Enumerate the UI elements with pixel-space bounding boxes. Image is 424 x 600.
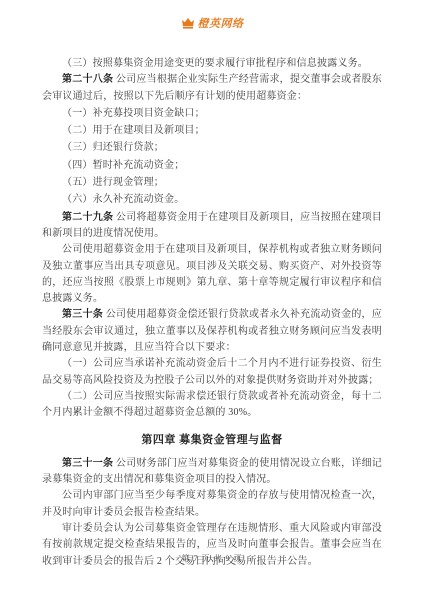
paragraph: （三）按照募集资金用途变更的要求履行审批程序和信息披露义务。 (42, 56, 382, 72)
page-footer: 第 7 页 共 9 页 (0, 553, 424, 564)
paragraph: （二）公司应当按照实际需求偿还银行贷款或者补充流动资金，每十二个月内累计金额不得… (42, 389, 382, 422)
chapter-heading: 第四章 募集资金管理与监督 (42, 432, 382, 448)
paragraph: （五）进行现金管理； (42, 175, 382, 191)
article-number: 第三十一条 (62, 458, 113, 469)
paragraph: 公司内审部门应当至少每季度对募集资金的存放与使用情况检查一次，并及时向审计委员会… (42, 488, 382, 521)
page-header: 橙英网络 (42, 10, 382, 36)
paragraph: 第三十一条 公司财务部门应当对募集资金的使用情况设立台账，详细记录募集资金的支出… (42, 456, 382, 489)
article-number: 第二十八条 (62, 74, 113, 85)
company-logo: 橙英网络 (181, 15, 244, 31)
paragraph: 第三十条 公司使用超募资金偿还银行贷款或者永久补充流动资金的，应当经股东会审议通… (42, 307, 382, 356)
paragraph: （二）用于在建项目及新项目； (42, 123, 382, 139)
article-number: 第三十条 (62, 309, 103, 320)
paragraph: 公司使用超募资金用于在建项目及新项目，保荐机构或者独立财务顾问及独立董事应当出具… (42, 242, 382, 307)
paragraph: 第二十八条 公司应当根据企业实际生产经营需求，提交董事会或者股东会审议通过后，按… (42, 72, 382, 105)
paragraph: （六）永久补充流动资金。 (42, 192, 382, 208)
paragraph: （一）公司应当承诺补充流动资金后十二个月内不进行证券投资、衍生品交易等高风险投资… (42, 356, 382, 389)
article-number: 第二十九条 (62, 212, 113, 223)
paragraph: 第二十九条 公司将超募资金用于在建项目及新项目，应当按照在建项目和新项目的进度情… (42, 210, 382, 243)
page-number: 第 7 页 共 9 页 (182, 554, 243, 563)
paragraph: （三）归还银行贷款； (42, 140, 382, 156)
crown-icon (181, 17, 195, 29)
company-name: 橙英网络 (198, 15, 244, 31)
document-page: 橙英网络 （三）按照募集资金用途变更的要求履行审批程序和信息披露义务。第二十八条… (0, 0, 424, 600)
document-body: （三）按照募集资金用途变更的要求履行审批程序和信息披露义务。第二十八条 公司应当… (42, 56, 382, 570)
paragraph: （四）暂时补充流动资金； (42, 158, 382, 174)
paragraph: （一）补充募投项目资金缺口； (42, 106, 382, 122)
